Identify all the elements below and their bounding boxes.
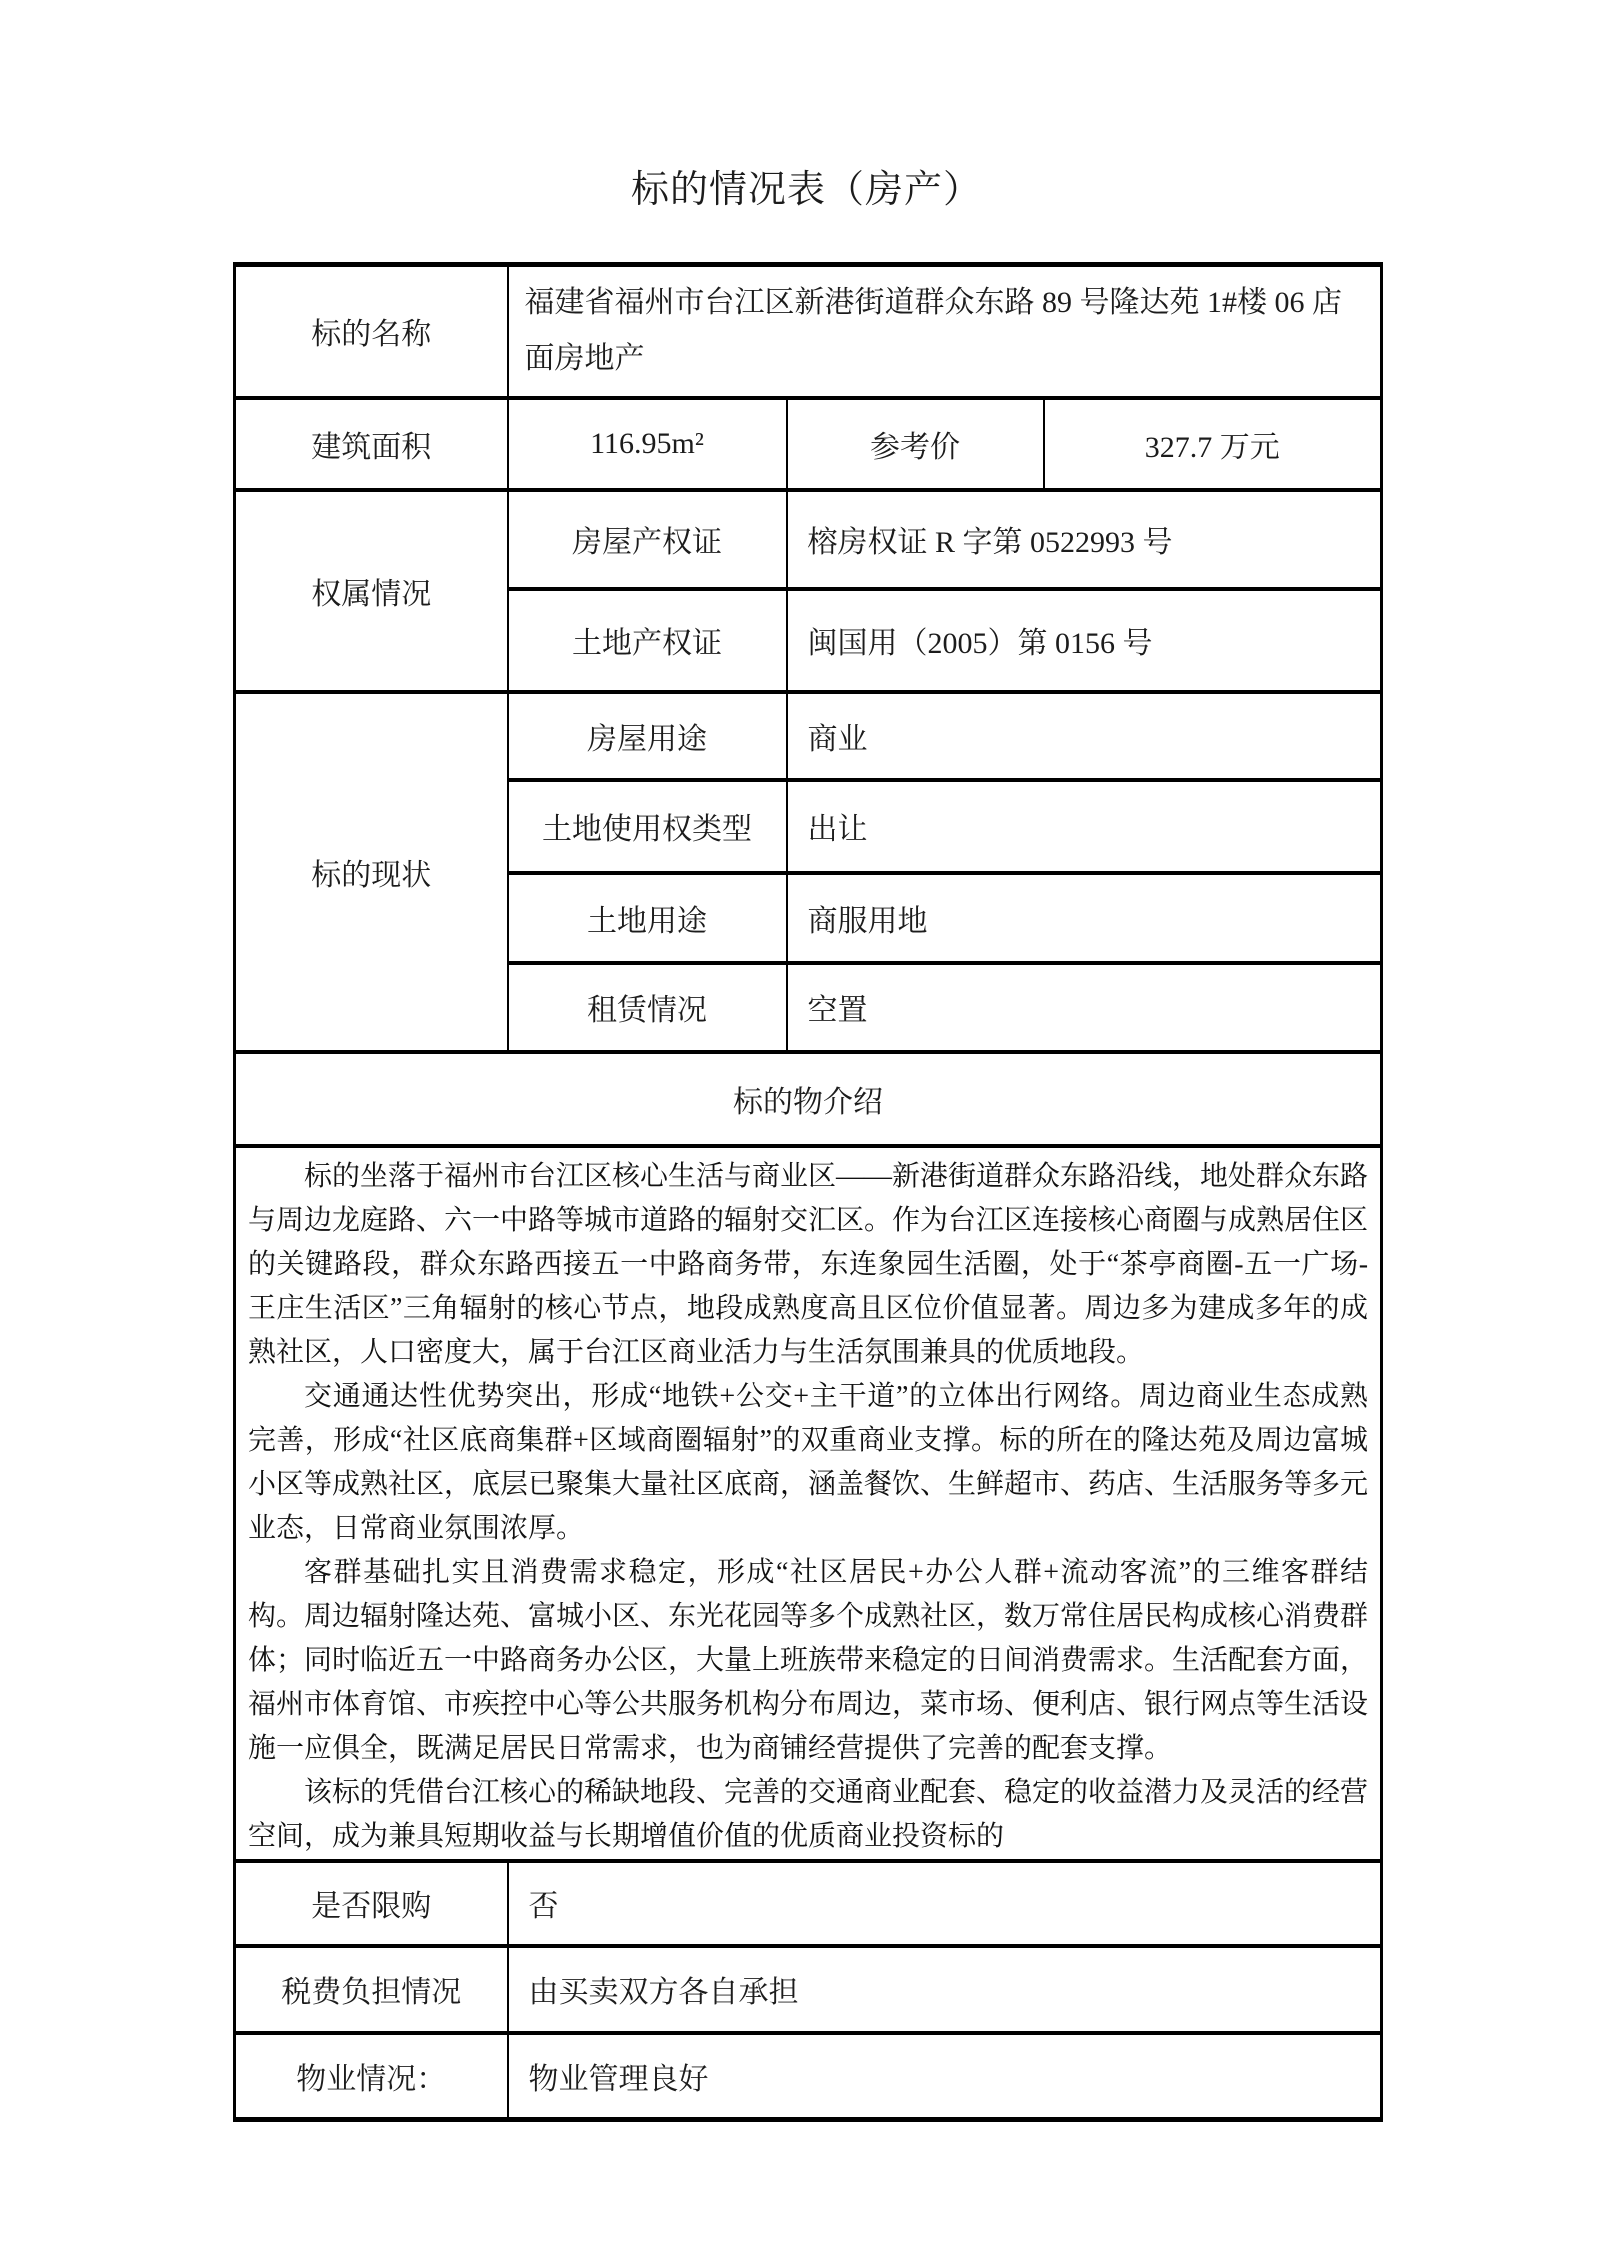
land-cert-label: 土地产权证	[508, 589, 787, 692]
intro-header: 标的物介绍	[235, 1052, 1382, 1146]
intro-paragraph: 客群基础扎实且消费需求稳定，形成“社区居民+办公人群+流动客流”的三维客群结构。…	[248, 1551, 1368, 1771]
tax-burden-label: 税费负担情况	[235, 1946, 508, 2033]
table-row-area-price: 建筑面积 116.95m² 参考价 327.7 万元	[235, 398, 1382, 490]
area-value: 116.95m²	[508, 398, 787, 490]
house-use-label: 房屋用途	[508, 692, 787, 780]
land-right-type-value: 出让	[787, 780, 1382, 873]
subject-name-value: 福建省福州市台江区新港街道群众东路 89 号隆达苑 1#楼 06 店面房地产	[508, 265, 1382, 398]
lease-status-label: 租赁情况	[508, 963, 787, 1052]
property-management-label: 物业情况：	[235, 2033, 508, 2120]
house-cert-value: 榕房权证 R 字第 0522993 号	[787, 490, 1382, 589]
land-use-value: 商服用地	[787, 873, 1382, 963]
table-row-subject-name: 标的名称 福建省福州市台江区新港街道群众东路 89 号隆达苑 1#楼 06 店面…	[235, 265, 1382, 398]
intro-paragraph: 该标的凭借台江核心的稀缺地段、完善的交通商业配套、稳定的收益潜力及灵活的经营空间…	[248, 1771, 1368, 1859]
table-row-tax-burden: 税费负担情况 由买卖双方各自承担	[235, 1946, 1382, 2033]
intro-paragraph: 交通通达性优势突出，形成“地铁+公交+主干道”的立体出行网络。周边商业生态成熟完…	[248, 1375, 1368, 1551]
ownership-label: 权属情况	[235, 490, 508, 692]
area-label: 建筑面积	[235, 398, 508, 490]
intro-paragraph: 标的坐落于福州市台江区核心生活与商业区——新港街道群众东路沿线，地处群众东路与周…	[248, 1155, 1368, 1375]
reference-price-label: 参考价	[787, 398, 1044, 490]
reference-price-value: 327.7 万元	[1044, 398, 1382, 490]
purchase-restriction-value: 否	[508, 1861, 1382, 1946]
lease-status-value: 空置	[787, 963, 1382, 1052]
table-row-intro-header: 标的物介绍	[235, 1052, 1382, 1146]
table-row-intro-body: 标的坐落于福州市台江区核心生活与商业区——新港街道群众东路沿线，地处群众东路与周…	[235, 1146, 1382, 1861]
land-use-label: 土地用途	[508, 873, 787, 963]
table-row-house-cert: 权属情况 房屋产权证 榕房权证 R 字第 0522993 号	[235, 490, 1382, 589]
purchase-restriction-label: 是否限购	[235, 1861, 508, 1946]
status-label: 标的现状	[235, 692, 508, 1052]
property-info-table: 标的名称 福建省福州市台江区新港街道群众东路 89 号隆达苑 1#楼 06 店面…	[233, 262, 1383, 2122]
page-title: 标的情况表（房产）	[233, 158, 1380, 213]
property-management-value: 物业管理良好	[508, 2033, 1382, 2120]
table-row-purchase-restriction: 是否限购 否	[235, 1861, 1382, 1946]
subject-name-label: 标的名称	[235, 265, 508, 398]
land-right-type-label: 土地使用权类型	[508, 780, 787, 873]
tax-burden-value: 由买卖双方各自承担	[508, 1946, 1382, 2033]
table-row-property-management: 物业情况： 物业管理良好	[235, 2033, 1382, 2120]
table-row-house-use: 标的现状 房屋用途 商业	[235, 692, 1382, 780]
intro-body: 标的坐落于福州市台江区核心生活与商业区——新港街道群众东路沿线，地处群众东路与周…	[235, 1146, 1382, 1861]
house-use-value: 商业	[787, 692, 1382, 780]
house-cert-label: 房屋产权证	[508, 490, 787, 589]
land-cert-value: 闽国用（2005）第 0156 号	[787, 589, 1382, 692]
